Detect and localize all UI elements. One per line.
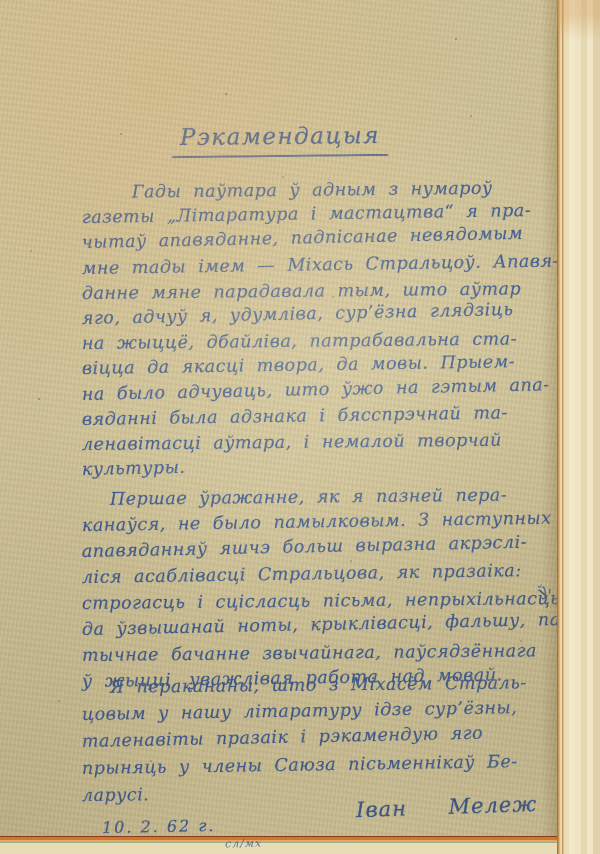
archival-photo: Рэкамендацыя Гады паўтара ў адным з нума…: [0, 0, 600, 854]
date: 10. 2. 62 г.: [102, 816, 216, 836]
manuscript-page: Рэкамендацыя Гады паўтара ў адным з нума…: [0, 0, 557, 836]
title-row: Рэкамендацыя: [60, 124, 500, 157]
paper-speckles: [0, 0, 2, 2]
signature: Іван Мележ: [356, 792, 538, 822]
page-stack-edge-right: [557, 0, 600, 854]
edge-inscription: сл/мх: [225, 837, 262, 851]
document-title: Рэкамендацыя: [172, 123, 388, 158]
page-stack-edge-bottom: сл/мх: [0, 836, 557, 854]
paragraph-1: Гады паўтара ў адным з нумароў газеты „Л…: [82, 183, 557, 485]
paragraph-2: Першае ўражанне, як я пазней пера- канаў…: [82, 490, 557, 698]
